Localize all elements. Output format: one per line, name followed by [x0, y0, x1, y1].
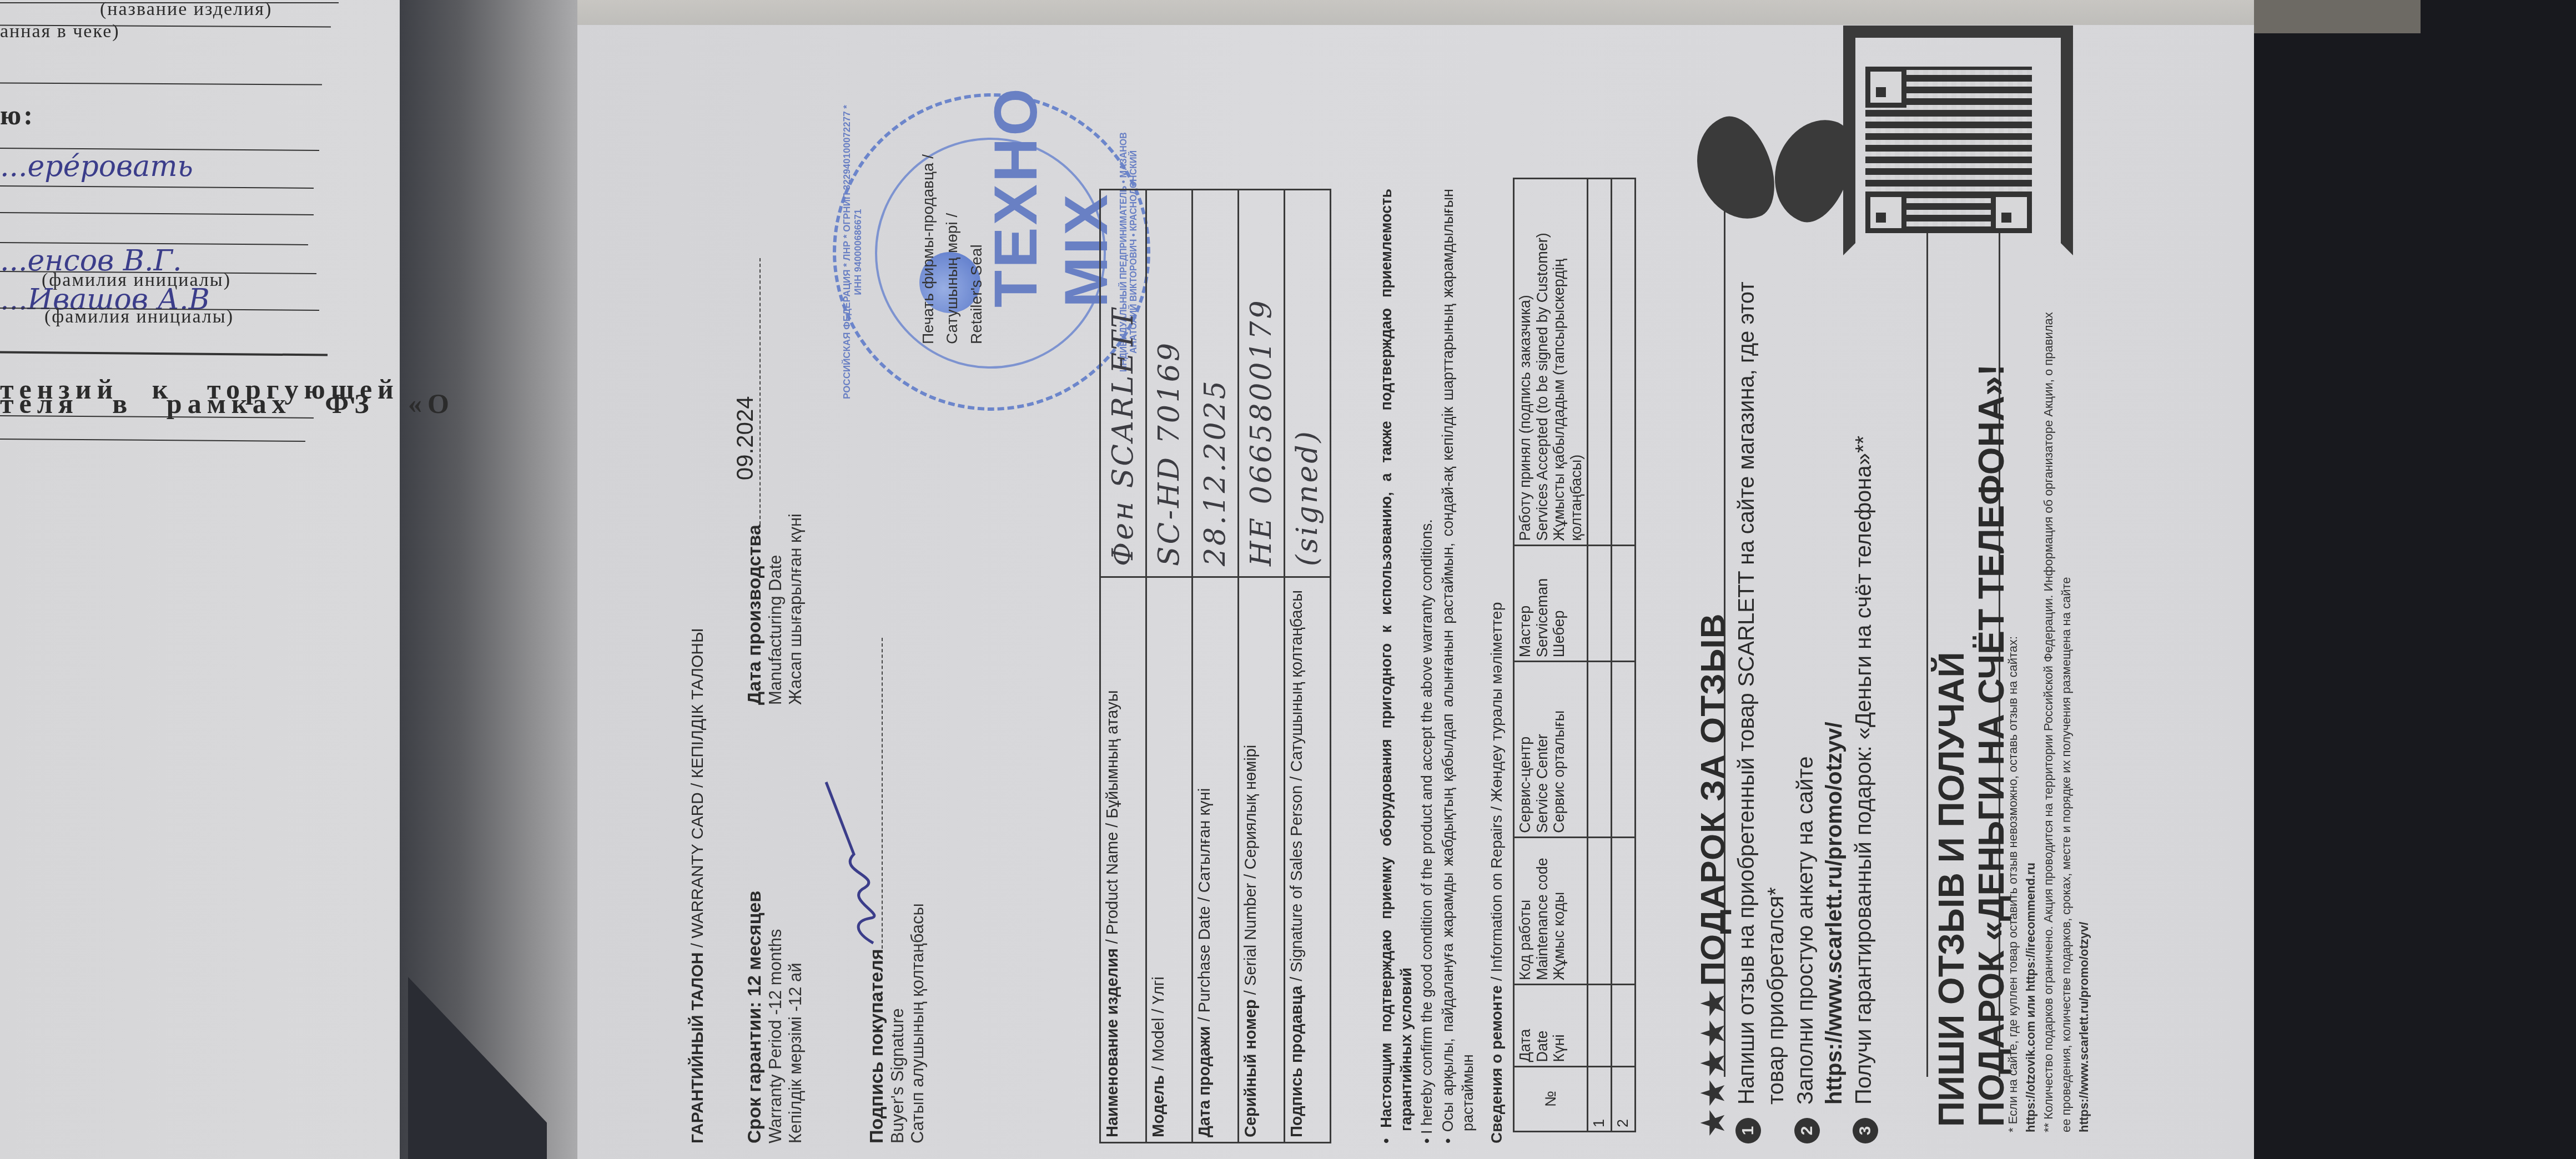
promo-rule-mid	[1926, 200, 1928, 1077]
info-value[interactable]: (signed)	[1285, 190, 1331, 577]
repairs-cell[interactable]	[1612, 545, 1636, 662]
stamp-outer-text: РОССИЙСКАЯ ФЕДЕРАЦИЯ * ЛНР * ОГРНИП 3229…	[842, 102, 864, 402]
warranty-card: ГАРАНТИЙНЫЙ ТАЛОН / WARRANTY CARD / КЕПІ…	[655, 22, 2198, 1143]
repairs-row-number: 1	[1588, 1066, 1612, 1131]
page-gap-shadow	[400, 0, 600, 1159]
confirmation-kz: • Осы арқылы, пайдалануға жарамды жабдық…	[1438, 189, 1478, 1143]
info-value[interactable]: SC-HD 70169	[1146, 190, 1193, 577]
info-row: Наименование изделия / Product Name / Бұ…	[1100, 190, 1146, 1143]
confirmation-en: • I hereby confirm the good condition of…	[1417, 189, 1437, 1143]
caption-product-name: (название изделия)	[100, 0, 272, 20]
step-number-icon: 2	[1794, 1118, 1820, 1143]
promo-url[interactable]: https://www.scarlett.ru/promo/otzyv/	[1820, 278, 1849, 1105]
repairs-row-number: 2	[1612, 1066, 1636, 1131]
step-number-icon: 1	[1735, 1118, 1761, 1143]
repairs-column-header: Мастер Serviceman Шебер	[1514, 545, 1588, 662]
info-label: Подпись продавца / Signature of Sales Pe…	[1285, 577, 1331, 1143]
info-value[interactable]: Фен SCARLETT	[1100, 190, 1146, 577]
seal-label: Печать фирмы-продавца / Сатушының мөрі /…	[916, 154, 988, 344]
star-icon: ★	[1697, 1049, 1730, 1079]
repairs-cell[interactable]	[1588, 545, 1612, 662]
info-row: Модель / Model / ҮлгіSC-HD 70169	[1146, 190, 1193, 1143]
star-icon: ★	[1697, 1108, 1730, 1138]
promo-step-3: 3 Получи гарантированный подарок: «Деньг…	[1849, 278, 1879, 1143]
repairs-column-header: Код работы Maintenance code Жұмыс коды	[1514, 837, 1588, 984]
buyer-signature: Подпись покупателя Buyer's Signature Сат…	[866, 533, 928, 1143]
caption-receipt: анная в чеке)	[0, 21, 120, 42]
info-row: Дата продажи / Purchase Date / Сатылған …	[1193, 190, 1239, 1143]
rating-stars: ★★★★★	[1717, 989, 1727, 1138]
info-value[interactable]: HE 0665800179	[1239, 190, 1285, 577]
info-label: Наименование изделия / Product Name / Бұ…	[1100, 577, 1146, 1143]
info-label: Дата продажи / Purchase Date / Сатылған …	[1193, 577, 1239, 1143]
info-row: Серийный номер / Serial Number / Сериялы…	[1239, 190, 1285, 1143]
promo-heading: ПОДАРОК ЗА ОТЗЫВ	[1694, 613, 1732, 986]
buyer-signature-field[interactable]	[882, 638, 883, 949]
manufacturing-date-value[interactable]: 09.2024	[732, 396, 758, 480]
repairs-column-header: Дата Date Күні	[1514, 984, 1588, 1066]
repairs-cell[interactable]	[1588, 837, 1612, 984]
signature-scribble-icon	[821, 771, 887, 949]
info-value[interactable]: 28.12.2025	[1193, 190, 1239, 577]
repairs-table: №Дата Date КүніКод работы Maintenance co…	[1513, 178, 1636, 1132]
promo-step-1: 1 Напиши отзыв на приобретенный товар SC…	[1732, 278, 1791, 1143]
repairs-column-header: Работу принял (подпись заказчика) Servic…	[1514, 179, 1588, 546]
repairs-column-header: Сервис-центр Service Center Сервис ортал…	[1514, 662, 1588, 838]
repairs-cell[interactable]	[1612, 837, 1636, 984]
footnote-links[interactable]: https://otzovik.com или https://irecomme…	[2022, 300, 2040, 1132]
repairs-cell[interactable]	[1612, 984, 1636, 1066]
promo-steps: 1 Напиши отзыв на приобретенный товар SC…	[1732, 278, 1879, 1143]
repairs-title: Сведения о ремонте / Information on Repa…	[1488, 602, 1506, 1143]
gift-bow-icon	[1683, 107, 1787, 231]
repairs-cell[interactable]	[1588, 662, 1612, 838]
dark-background	[2254, 0, 2576, 1159]
star-icon: ★	[1697, 1078, 1730, 1108]
info-label: Модель / Model / Үлгі	[1146, 577, 1193, 1143]
promo-heading-row: ★★★★★ ПОДАРОК ЗА ОТЗЫВ	[1693, 613, 1733, 1138]
repairs-row: 1	[1588, 179, 1612, 1132]
product-info-table: Наименование изделия / Product Name / Бұ…	[1099, 189, 1331, 1143]
repairs-cell[interactable]	[1588, 179, 1612, 546]
promo-footnotes: * Если на сайте, где куплен товар остави…	[2004, 300, 2092, 1132]
step-number-icon: 3	[1853, 1118, 1878, 1143]
handwritten-entry: ...ере́ровать	[0, 150, 193, 183]
confirmation-ru: • Настоящим подтверждаю приемку оборудов…	[1377, 189, 1416, 1143]
star-icon: ★	[1697, 1019, 1730, 1049]
card-title: ГАРАНТИЙНЫЙ ТАЛОН / WARRANTY CARD / КЕПІ…	[688, 628, 707, 1143]
repairs-column-header: №	[1514, 1066, 1588, 1131]
repairs-cell[interactable]	[1588, 984, 1612, 1066]
footnote-link[interactable]: https://www.scarlett.ru/promo/otzyv/	[2075, 300, 2093, 1132]
warranty-period: Срок гарантии: 12 месяцев Warranty Perio…	[744, 755, 806, 1143]
promo-step-2: 2 Заполни простую анкету на сайте https:…	[1791, 278, 1850, 1143]
promo-call-to-action: ПИШИ ОТЗЫВ И ПОЛУЧАЙ ПОДАРОК «ДЕНЬГИ НА …	[1932, 364, 2011, 1127]
claims-text-line-2: теля в рамках ФЗ «О	[0, 387, 455, 420]
confirmation-text: • Настоящим подтверждаю приемку оборудов…	[1377, 189, 1479, 1143]
star-icon: ★	[1697, 989, 1730, 1019]
repairs-cell[interactable]	[1612, 662, 1636, 838]
repairs-row: 2	[1612, 179, 1636, 1132]
repairs-cell[interactable]	[1612, 179, 1636, 546]
caption-name-2: (фамилия инициалы)	[44, 306, 234, 327]
info-label: Серийный номер / Serial Number / Сериялы…	[1239, 577, 1285, 1143]
background-top-right	[2254, 0, 2421, 33]
info-row: Подпись продавца / Signature of Sales Pe…	[1285, 190, 1331, 1143]
manufacturing-date: Дата производства09.2024 Manufacturing D…	[744, 150, 806, 705]
fragment-label: ю:	[0, 99, 35, 131]
qr-code-icon[interactable]	[1865, 67, 2032, 233]
